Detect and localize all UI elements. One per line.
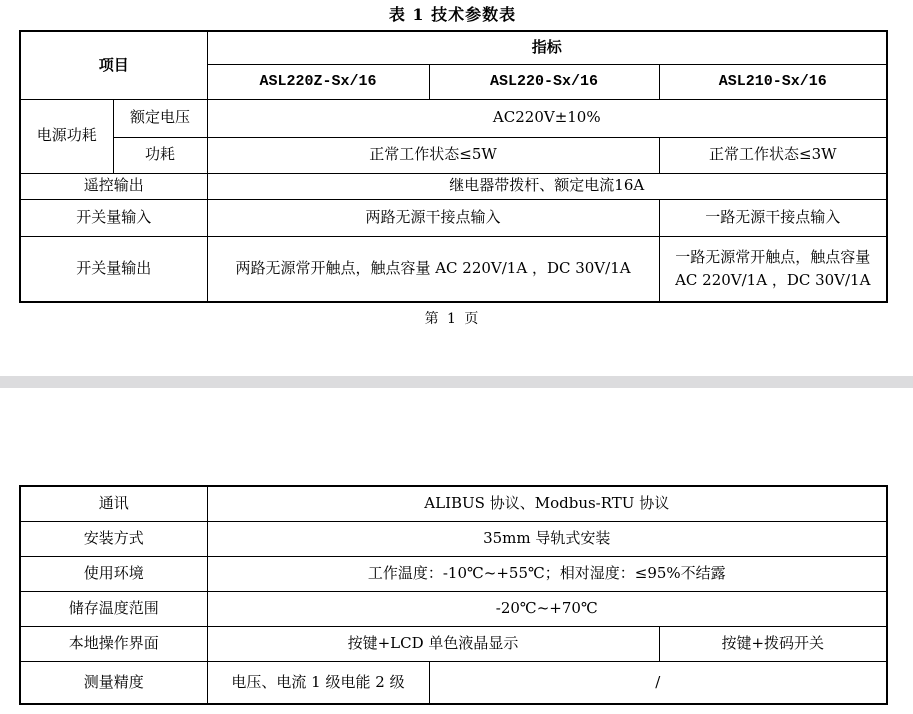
header-model-asl220: ASL220-Sx/16 xyxy=(429,64,659,99)
row-label-remote-output: 遥控输出 xyxy=(20,173,207,199)
row-label-comm: 通讯 xyxy=(20,486,207,521)
cell-power-value-ab: 正常工作状态≤5W xyxy=(207,137,659,173)
cell-switch-output-value-ab: 两路无源常开触点，触点容量 AC 220V/1A ，DC 30V/1A xyxy=(207,236,659,302)
cell-local-ui-value-c: 按键+拨码开关 xyxy=(659,626,887,661)
cell-power-value-c: 正常工作状态≤3W xyxy=(659,137,887,173)
page-break-bar xyxy=(0,376,913,388)
row-label-switch-input: 开关量输入 xyxy=(20,199,207,236)
cell-storage-temp-value: -20℃~+70℃ xyxy=(207,591,887,626)
header-item: 项目 xyxy=(20,31,207,99)
header-indicator: 指标 xyxy=(207,31,887,64)
row-label-switch-output: 开关量输出 xyxy=(20,236,207,302)
row-label-environment: 使用环境 xyxy=(20,556,207,591)
row-label-install: 安装方式 xyxy=(20,521,207,556)
specifications-table: 通讯 ALIBUS 协议、Modbus-RTU 协议 安装方式 35mm 导轨式… xyxy=(19,485,888,705)
header-model-asl210: ASL210-Sx/16 xyxy=(659,64,887,99)
cell-environment-value: 工作温度：-10℃~+55℃；相对湿度：≤95%不结露 xyxy=(207,556,887,591)
cell-accuracy-value-a: 电压、电流 1 级电能 2 级 xyxy=(207,661,429,704)
row-label-rated-voltage: 额定电压 xyxy=(113,99,207,137)
technical-parameters-table: 项目 指标 ASL220Z-Sx/16 ASL220-Sx/16 ASL210-… xyxy=(19,30,888,303)
cell-switch-input-value-ab: 两路无源干接点输入 xyxy=(207,199,659,236)
cell-remote-output-value: 继电器带拨杆、额定电流16A xyxy=(207,173,887,199)
header-model-asl220z: ASL220Z-Sx/16 xyxy=(207,64,429,99)
cell-switch-input-value-c: 一路无源干接点输入 xyxy=(659,199,887,236)
cell-accuracy-value-bc: / xyxy=(429,661,887,704)
table1-title: 表 1 技术参数表 xyxy=(19,2,886,25)
row-label-storage-temp: 储存温度范围 xyxy=(20,591,207,626)
cell-install-value: 35mm 导轨式安装 xyxy=(207,521,887,556)
row-label-power: 功耗 xyxy=(113,137,207,173)
document-page: 表 1 技术参数表 项目 指标 ASL220Z-Sx/16 ASL220-Sx/… xyxy=(0,0,913,714)
cell-switch-output-value-c: 一路无源常开触点，触点容量 AC 220V/1A ，DC 30V/1A xyxy=(659,236,887,302)
row-label-accuracy: 测量精度 xyxy=(20,661,207,704)
row-label-power-group: 电源功耗 xyxy=(20,99,113,173)
cell-rated-voltage-value: AC220V±10% xyxy=(207,99,887,137)
page-number: 第 1 页 xyxy=(19,308,886,328)
cell-comm-value: ALIBUS 协议、Modbus-RTU 协议 xyxy=(207,486,887,521)
row-label-local-ui: 本地操作界面 xyxy=(20,626,207,661)
cell-local-ui-value-ab: 按键+LCD 单色液晶显示 xyxy=(207,626,659,661)
